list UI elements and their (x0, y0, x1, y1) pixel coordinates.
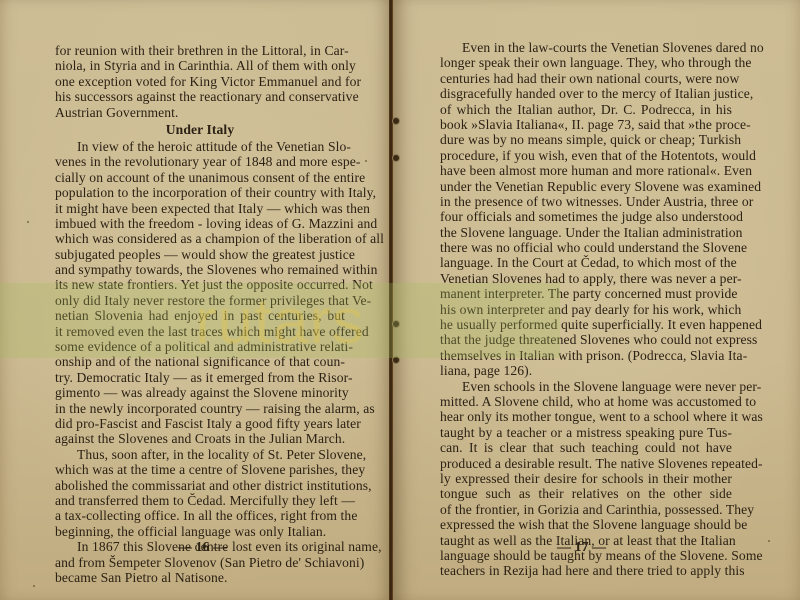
text-line: for reunion with their brethren in the L… (55, 43, 345, 58)
text-line: its new state frontiers. Yet just the op… (55, 277, 345, 292)
text-line: procedure, if you wish, even that of the… (440, 148, 732, 163)
text-line: the Slovene language. Under the Italian … (440, 225, 732, 240)
text-line: only did Italy never restore the former … (55, 293, 345, 308)
text-line: became San Pietro al Natisone. (55, 570, 345, 585)
book-spread: for reunion with their brethren in the L… (0, 0, 800, 600)
right-page-text: Even in the law-courts the Venetian Slov… (440, 40, 732, 579)
text-line: venes in the revolutionary year of 1848 … (55, 154, 345, 169)
paper-speck (768, 540, 770, 542)
text-line: niola, in Styria and in Carinthia. All o… (55, 58, 345, 73)
text-line: cially on account of the unanimous conse… (55, 170, 345, 185)
text-line: against the Slovenes and Croats in the J… (55, 431, 345, 446)
text-line: in the presence of two witnesses. Under … (440, 194, 732, 209)
text-line: and from Šempeter Slovenov (San Pietro d… (55, 555, 345, 570)
page-number-left: — 16 — (178, 540, 227, 556)
paper-speck (365, 160, 367, 162)
text-line: of the frontier, in Gorizia and Carinthi… (440, 502, 732, 517)
text-line: his successors against the reactionary a… (55, 89, 345, 104)
text-line: taught by a teacher or a mistress speaki… (440, 425, 732, 440)
text-line: one exception voted for King Victor Emma… (55, 74, 345, 89)
text-line: which was at the time a centre of Sloven… (55, 462, 345, 477)
text-line: mitted. A Slovene child, who at home was… (440, 394, 732, 409)
text-line: try. Democratic Italy — as it emerged fr… (55, 370, 345, 385)
text-line: abolished the commissariat and other dis… (55, 478, 345, 493)
text-line: hear only its mother tongue, went to a s… (440, 409, 732, 424)
text-line: Venetian Slovenes had to apply, there wa… (440, 271, 732, 286)
text-line: have been almost more human and more rat… (440, 163, 732, 178)
right-page: Even in the law-courts the Venetian Slov… (392, 0, 800, 600)
text-line: in the newly incorporated country — rais… (55, 401, 345, 416)
left-page: for reunion with their brethren in the L… (0, 0, 392, 600)
text-line: beginning, the official language was onl… (55, 524, 345, 539)
text-line: teachers in Rezija had here and there tr… (440, 563, 732, 578)
text-line: that the judge threatened Slovenes who c… (440, 332, 732, 347)
paragraph: for reunion with their brethren in the L… (55, 43, 345, 120)
text-line: language. In the Court at Čedad, to whic… (440, 255, 732, 270)
paragraph: Thus, soon after, in the locality of St.… (55, 447, 345, 539)
paragraph: Even in the law-courts the Venetian Slov… (440, 40, 732, 379)
text-line: and sympathy towards, the Slovenes who r… (55, 262, 345, 277)
text-line: centuries had had their own national cou… (440, 71, 732, 86)
text-line: book »Slavia Italiana«, II. page 73, sai… (440, 117, 732, 132)
text-line: ly expressed their desire for schools in… (440, 471, 732, 486)
staple-top-2 (392, 154, 400, 162)
paper-speck (27, 221, 29, 223)
staple-top (392, 117, 400, 125)
text-line: disgracefully handed over to the mercy o… (440, 86, 732, 101)
paper-speck (33, 585, 35, 587)
text-line: did pro-Fascist and Fascist Italy a good… (55, 416, 345, 431)
text-line: dure was by no means simple, quick or ch… (440, 132, 732, 147)
text-line: imbued with the freedom - loving ideas o… (55, 216, 345, 231)
text-line: can. It is clear that such teaching coul… (440, 440, 732, 455)
text-line: it removed even the last traces which mi… (55, 324, 345, 339)
text-line: In view of the heroic attitude of the Ve… (55, 139, 345, 154)
text-line: netian Slovenia had enjoyed in past cent… (55, 308, 345, 323)
text-line: tongue such as their relatives on the ot… (440, 486, 732, 501)
book-spine (389, 0, 393, 600)
text-line: onship and of the national significance … (55, 354, 345, 369)
text-line: themselves in Italian with prison. (Podr… (440, 348, 732, 363)
text-line: and transferred them to Čedad. Mercifull… (55, 493, 345, 508)
text-line: he usually performed quite superficially… (440, 317, 732, 332)
text-line: longer speak their own language. They, w… (440, 55, 732, 70)
left-page-text: for reunion with their brethren in the L… (55, 43, 345, 585)
text-line: manent interpreter. The party concerned … (440, 286, 732, 301)
text-line: his own interpreter and pay dearly for h… (440, 302, 732, 317)
text-line: which was considered as a champion of th… (55, 231, 345, 246)
text-line: Thus, soon after, in the locality of St.… (55, 447, 345, 462)
text-line: a tax-collecting office. In all the offi… (55, 508, 345, 523)
text-line: there was no official who could understa… (440, 240, 732, 255)
text-line: Even schools in the Slovene language wer… (440, 379, 732, 394)
text-line: liana, page 126). (440, 363, 732, 378)
text-line: produced a desirable result. The native … (440, 456, 732, 471)
text-line: Austrian Government. (55, 105, 345, 120)
text-line: it might have been expected that Italy —… (55, 201, 345, 216)
text-line: subjugated peoples — would show the grea… (55, 247, 345, 262)
text-line: population to the incorporation of their… (55, 185, 345, 200)
staple-bottom-2 (392, 356, 400, 364)
staple-bottom (392, 320, 400, 328)
text-line: some evidence of a political and adminis… (55, 339, 345, 354)
text-line: under the Venetian Republic every Sloven… (440, 179, 732, 194)
text-line: four officials and sometimes the judge a… (440, 209, 732, 224)
section-heading: Under Italy (55, 120, 345, 139)
text-line: gimento — was already against the Sloven… (55, 385, 345, 400)
page-number-right: — 17 — (557, 540, 606, 556)
text-line: Even in the law-courts the Venetian Slov… (440, 40, 732, 55)
paragraph: In view of the heroic attitude of the Ve… (55, 139, 345, 447)
text-line: of which the Italian author, Dr. C. Podr… (440, 102, 732, 117)
text-line: expressed the wish that the Slovene lang… (440, 517, 732, 532)
